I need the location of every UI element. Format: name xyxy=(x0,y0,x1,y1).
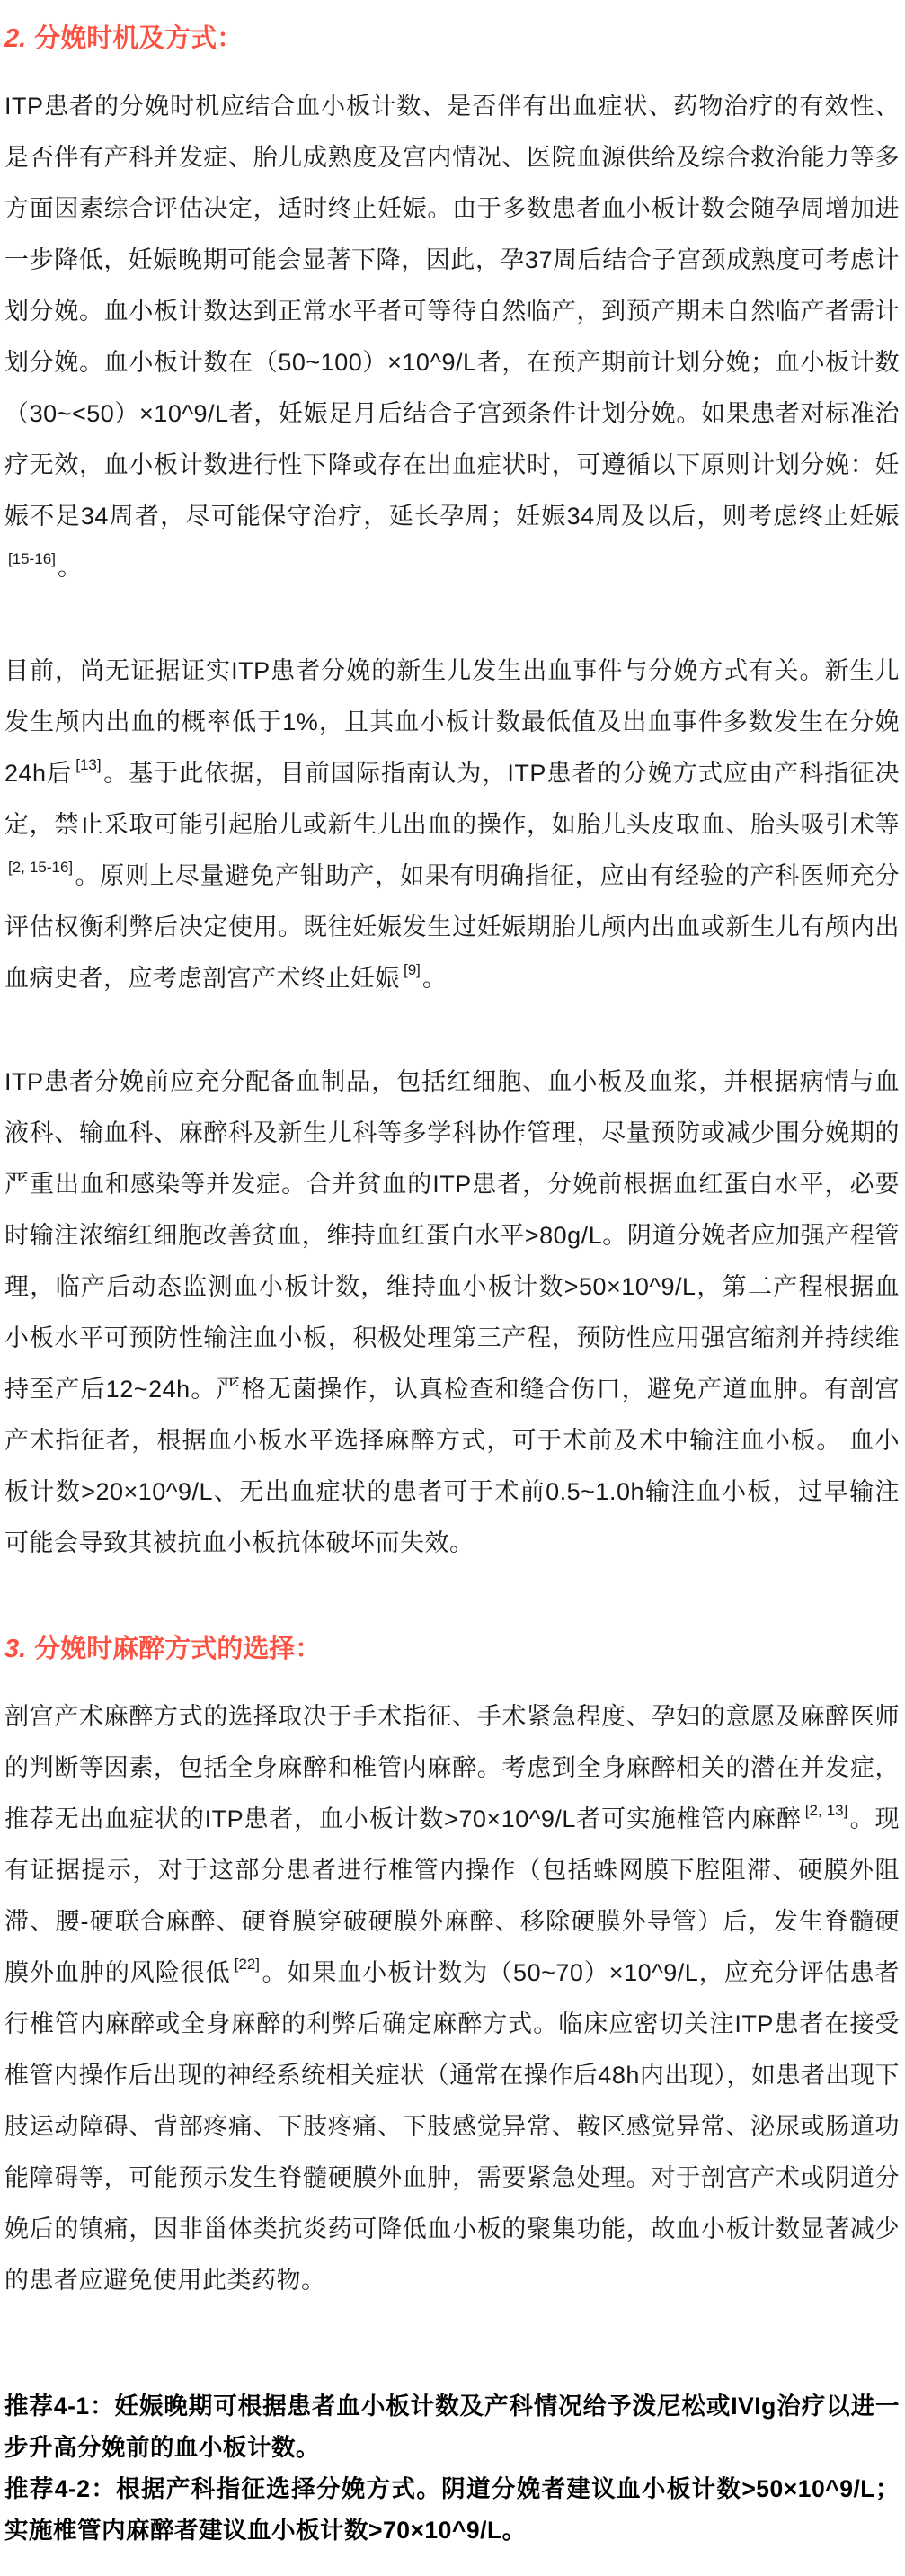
section-heading: 2.分娩时机及方式： xyxy=(4,20,900,58)
body-paragraph: ITP患者的分娩时机应结合血小板计数、是否伴有出血症状、药物治疗的有效性、是否伴… xyxy=(4,81,900,593)
section-title: 分娩时机及方式： xyxy=(34,24,243,53)
citation-reference: [15-16] xyxy=(8,550,56,567)
section-number: 3. xyxy=(4,1635,26,1663)
section-number: 2. xyxy=(4,24,26,53)
citation-reference: [2, 15-16] xyxy=(8,859,73,876)
recommendation-text: 推荐4-1：妊娠晚期可根据患者血小板计数及产科情况给予泼尼松或IVIg治疗以进一… xyxy=(4,2385,900,2468)
citation-reference: [2, 13] xyxy=(805,1802,848,1819)
section-title: 分娩时麻醉方式的选择： xyxy=(34,1635,321,1663)
body-paragraph: 剖宫产术麻醉方式的选择取决于手术指征、手术紧急程度、孕妇的意愿及麻醉医师的判断等… xyxy=(4,1691,900,2306)
body-paragraph: 目前，尚无证据证实ITP患者分娩的新生儿发生出血事件与分娩方式有关。新生儿发生颅… xyxy=(4,646,900,1004)
document: 2.分娩时机及方式：ITP患者的分娩时机应结合血小板计数、是否伴有出血症状、药物… xyxy=(0,0,905,2576)
section-heading: 3.分娩时麻醉方式的选择： xyxy=(4,1630,900,1668)
citation-reference: [9] xyxy=(404,961,421,978)
citation-reference: [13] xyxy=(75,756,101,773)
body-paragraph: ITP患者分娩前应充分配备血制品，包括红细胞、血小板及血浆，并根据病情与血液科、… xyxy=(4,1056,900,1569)
citation-reference: [22] xyxy=(235,1956,260,1973)
recommendation-text: 推荐4-2：根据产科指征选择分娩方式。阴道分娩者建议血小板计数>50×10^9/… xyxy=(4,2468,900,2551)
